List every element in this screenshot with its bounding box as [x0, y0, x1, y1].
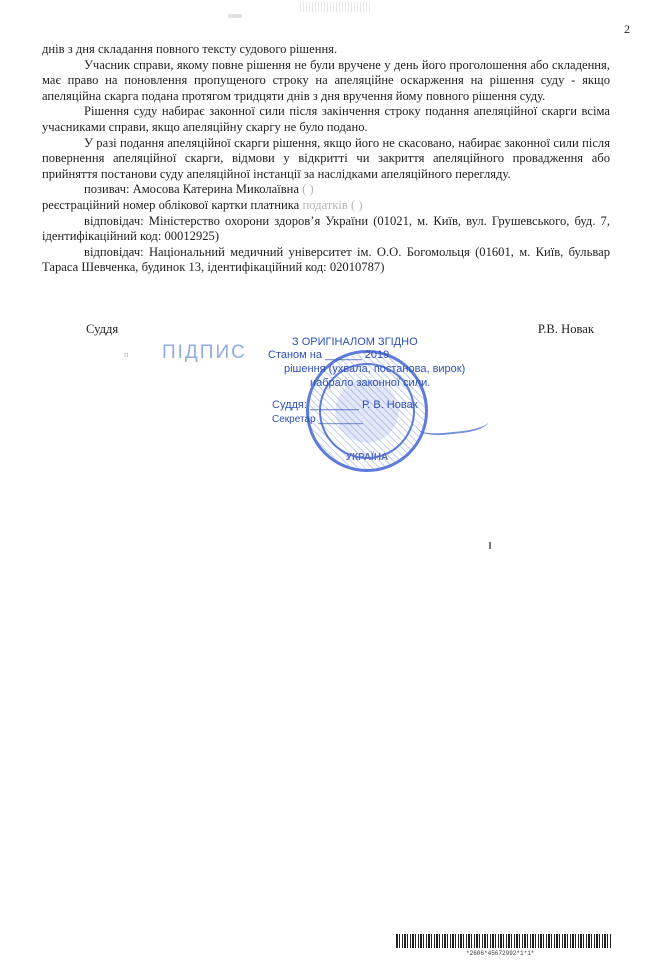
- paragraph: У разі подання апеляційної скарги рішенн…: [42, 136, 610, 183]
- scan-artifact: [300, 2, 370, 12]
- copy-certification-stamp: З ОРИГІНАЛОМ ЗГІДНО Станом на ______ 201…: [262, 336, 512, 466]
- plaintiff-name: Амосова Катерина Миколаївна: [133, 182, 299, 196]
- paragraph: Учасник справи, якому повне рішення не б…: [42, 58, 610, 105]
- barcode: [396, 934, 612, 948]
- plaintiff-line: позивач: Амосова Катерина Миколаївна ( ): [42, 182, 610, 198]
- barcode-caption: *2606*45672992*1*1*: [466, 950, 534, 957]
- tax-number-line: реєстраційний номер облікової картки пла…: [42, 198, 610, 214]
- judge-label: Суддя: [86, 322, 118, 337]
- redacted-text: податків ( ): [302, 198, 362, 212]
- scan-artifact: [489, 542, 491, 549]
- stamp-line: Станом на ______ 2019: [268, 349, 389, 361]
- signed-stamp: ПІДПИС: [162, 342, 247, 364]
- defendant-2: відповідач: Національний медичний універ…: [42, 245, 610, 276]
- paragraph: днів з дня складання повного тексту судо…: [42, 42, 610, 58]
- stamp-secretary-line: Секретар ________: [272, 414, 363, 425]
- stamp-line: набрало законної сили.: [310, 377, 430, 389]
- paragraph: Рішення суду набирає законної сили після…: [42, 104, 610, 135]
- judge-name: Р.В. Новак: [538, 322, 594, 337]
- defendant-1: відповідач: Міністерство охорони здоров’…: [42, 214, 610, 245]
- tax-label: реєстраційний номер облікової картки пла…: [42, 198, 299, 212]
- page-number: 2: [624, 22, 630, 37]
- stamp-line: рішення (ухвала, постанова, вирок): [284, 363, 465, 375]
- stamp-line: З ОРИГІНАЛОМ ЗГІДНО: [292, 336, 418, 348]
- plaintiff-label: позивач:: [84, 182, 129, 196]
- document-body: днів з дня складання повного тексту судо…: [42, 42, 610, 276]
- redacted-text: ( ): [302, 182, 314, 196]
- mark: п: [124, 350, 128, 359]
- scan-artifact: [228, 14, 242, 18]
- stamp-judge-line: Суддя: ________ Р. В. Новак: [272, 399, 418, 411]
